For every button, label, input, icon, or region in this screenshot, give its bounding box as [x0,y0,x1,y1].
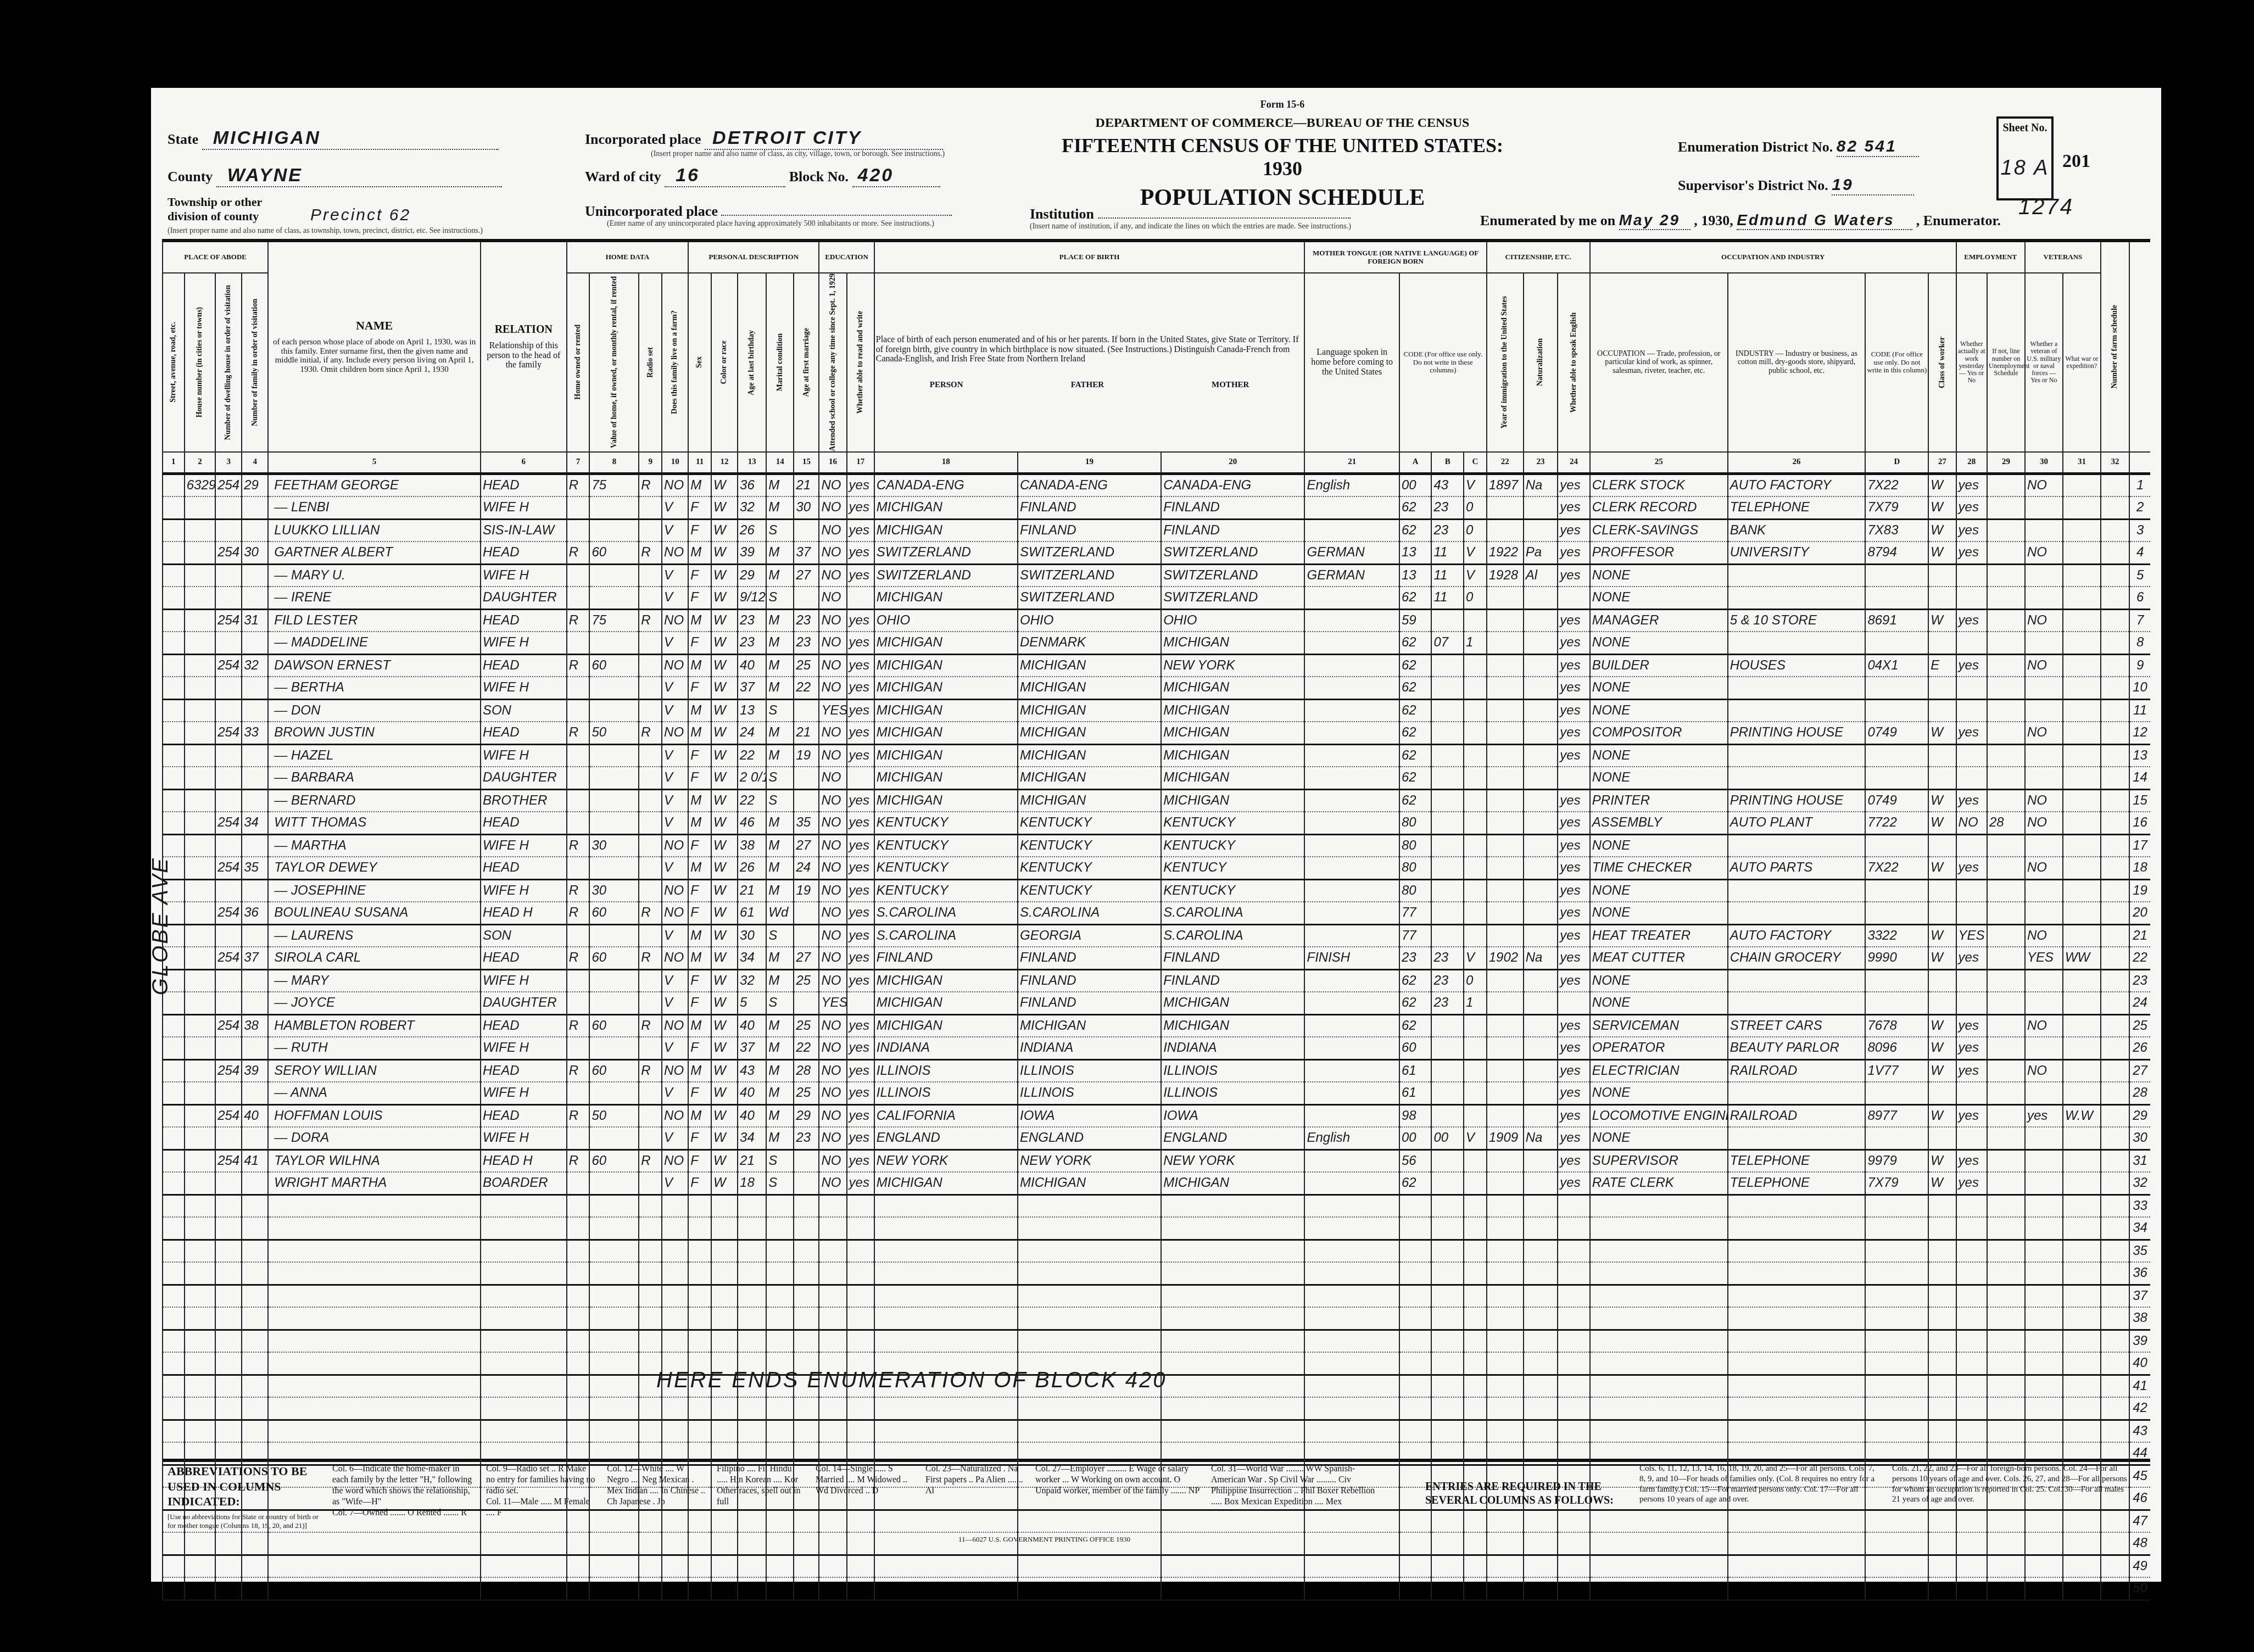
empty-cell [1558,1352,1590,1375]
cell-school: NO [819,834,846,857]
cell-veteran: NO [2025,722,2063,744]
empty-cell [567,1375,590,1397]
cell-farm: V [662,969,688,992]
cell-name: TAYLOR DEWEY [268,857,481,879]
cell-industry [1728,587,1866,609]
empty-cell [1464,1285,1487,1307]
empty-cell [1865,1577,1928,1600]
cell-owned [567,699,590,722]
empty-cell [1558,1240,1590,1262]
empty-cell [847,1397,874,1420]
empty-cell [567,1262,590,1285]
cell-birth-mother: MICHIGAN [1161,744,1304,767]
empty-cell [1431,1195,1464,1217]
cell-family: 35 [242,857,268,879]
cell-codeB [1431,1059,1464,1082]
empty-cell [1464,1442,1487,1465]
cell-owned [567,924,590,947]
empty-cell [688,1307,711,1330]
cell-tongue [1304,834,1399,857]
cell-house [185,654,215,677]
line-number: 34 [2129,1217,2150,1240]
cell-farm: V [662,992,688,1014]
column-number: 15 [794,452,819,474]
cell-school: NO [819,812,846,834]
cell-read: yes [847,1059,874,1082]
column-number: 24 [1558,452,1590,474]
empty-cell [794,1217,819,1240]
cell-age: 2 0/12 [738,767,766,789]
cell-house [185,1127,215,1149]
cell-farmsched [2101,587,2129,609]
empty-cell [1728,1217,1866,1240]
cell-race: W [711,902,738,924]
cell-class [1928,699,1956,722]
cell-race: W [711,609,738,632]
cell-sex: M [688,542,711,564]
cell-tongue [1304,902,1399,924]
empty-cell [215,1375,242,1397]
cell-codeA: 80 [1399,857,1432,879]
cell-street [163,496,185,519]
empty-cell [1987,1555,2025,1577]
table-row: 25440HOFFMAN LOUISHEADR50NOMW40M29NOyesC… [163,1104,2150,1127]
cell-school: NO [819,496,846,519]
empty-cell [1524,1352,1558,1375]
empty-cell [1590,1375,1728,1397]
cell-war [2063,722,2101,744]
cell-owned: R [567,947,590,969]
cell-codeC [1464,789,1487,812]
cell-house [185,496,215,519]
cell-read: yes [847,812,874,834]
empty-cell [2025,1442,2063,1465]
cell-class: W [1928,924,1956,947]
table-row: 25441TAYLOR WILHNAHEAD HR60RNOFW21SNOyes… [163,1149,2150,1172]
cell-codeA: 00 [1399,1127,1432,1149]
empty-cell [1558,1375,1590,1397]
cell-relation: HEAD [481,722,567,744]
cell-farmsched [2101,744,2129,767]
enumerated-date: May 29 [1619,211,1690,230]
cell-english: yes [1558,834,1590,857]
header-farm-schedule: Number of farm schedule [2101,242,2129,452]
empty-cell [1161,1442,1304,1465]
cell-owned [567,1172,590,1195]
empty-cell [215,1285,242,1307]
cell-war [2063,834,2101,857]
empty-cell [2063,1240,2101,1262]
cell-farm: V [662,587,688,609]
empty-cell [1464,1352,1487,1375]
cell-family [242,767,268,789]
cell-birth-person: SWITZERLAND [874,542,1018,564]
cell-radio: R [639,609,662,632]
cell-value [589,632,639,654]
cell-school: NO [819,542,846,564]
empty-cell [1524,1420,1558,1442]
cell-read: yes [847,699,874,722]
cell-immig: 1922 [1487,542,1524,564]
cell-birth-person: MICHIGAN [874,699,1018,722]
cell-read: yes [847,1082,874,1104]
empty-cell [847,1442,874,1465]
cell-farmsched [2101,519,2129,542]
empty-cell [662,1262,688,1285]
empty-cell [1487,1262,1524,1285]
cell-radio [639,1127,662,1149]
cell-relation: WIFE H [481,1127,567,1149]
header-house-number: House number (in cities or towns) [185,273,215,452]
cell-farmsched [2101,677,2129,699]
cell-birth-mother: MICHIGAN [1161,1172,1304,1195]
empty-cell [2101,1307,2129,1330]
cell-veteran [2025,744,2063,767]
empty-cell [1399,1577,1432,1600]
cell-marital: M [766,1037,794,1059]
cell-birth-mother: S.CAROLINA [1161,902,1304,924]
empty-cell [589,1555,639,1577]
blank-row: 38 [163,1307,2150,1330]
empty-cell [1728,1262,1866,1285]
cell-codeA: 60 [1399,1037,1432,1059]
cell-veteran [2025,879,2063,902]
cell-birth-father: SWITZERLAND [1018,542,1161,564]
cell-birth-father: MICHIGAN [1018,654,1161,677]
empty-cell [185,1352,215,1375]
empty-cell [639,1420,662,1442]
cell-sex: M [688,609,711,632]
empty-cell [766,1397,794,1420]
empty-cell [163,1577,185,1600]
cell-read [847,992,874,1014]
form-number: Form 15-6 [1041,99,1524,110]
empty-cell [163,1442,185,1465]
cell-occupation: CLERK-SAVINGS [1590,519,1728,542]
cell-codeC [1464,699,1487,722]
cell-owned: R [567,834,590,857]
cell-street [163,632,185,654]
census-sheet: State MICHIGAN County WAYNE Township or … [151,88,2161,1582]
cell-race: W [711,632,738,654]
cell-dwelling [215,1082,242,1104]
table-row: 25432DAWSON ERNESTHEADR60NOMW40M25NOyesM… [163,654,2150,677]
empty-cell [1399,1217,1432,1240]
cell-codeB [1431,609,1464,632]
empty-cell [1524,1375,1558,1397]
empty-cell [589,1420,639,1442]
cell-veteran [2025,1127,2063,1149]
cell-sex: F [688,992,711,1014]
cell-value [589,767,639,789]
line-number: 14 [2129,767,2150,789]
cell-farmsched [2101,609,2129,632]
cell-codeB [1431,857,1464,879]
cell-industry [1728,699,1866,722]
cell-owned: R [567,1059,590,1082]
cell-unemp [1987,924,2025,947]
empty-cell [662,1577,688,1600]
cell-owned: R [567,902,590,924]
institution-note: (Insert name of institution, if any, and… [1030,222,1351,231]
cell-industry: TELEPHONE [1728,1149,1866,1172]
cell-unemp [1987,1014,2025,1037]
empty-cell [688,1577,711,1600]
line-number: 19 [2129,879,2150,902]
empty-cell [1865,1420,1928,1442]
empty-cell [662,1217,688,1240]
cell-immig [1487,1172,1524,1195]
enum-district-value: 82 541 [1837,137,1919,157]
empty-cell [1018,1217,1161,1240]
empty-cell [1590,1397,1728,1420]
cell-owned [567,767,590,789]
cell-marital: S [766,789,794,812]
cell-family: 38 [242,1014,268,1037]
cell-radio [639,834,662,857]
empty-cell [1590,1307,1728,1330]
cell-read: yes [847,834,874,857]
empty-cell [819,1555,846,1577]
cell-age-marr: 23 [794,632,819,654]
cell-birth-person: MICHIGAN [874,969,1018,992]
cell-value [589,789,639,812]
column-number: 17 [847,452,874,474]
cell-street [163,519,185,542]
empty-cell [268,1330,481,1352]
cell-codeD: 9990 [1865,947,1928,969]
cell-marital: M [766,542,794,564]
empty-cell [639,1442,662,1465]
empty-cell [1524,1285,1558,1307]
cell-age-marr: 27 [794,947,819,969]
cell-immig [1487,496,1524,519]
empty-cell [242,1442,268,1465]
empty-cell [1487,1285,1524,1307]
cell-house [185,992,215,1014]
cell-sex: F [688,677,711,699]
cell-atwork [1956,587,1987,609]
cell-school: NO [819,1037,846,1059]
empty-cell [215,1555,242,1577]
empty-cell [847,1262,874,1285]
cell-class: W [1928,519,1956,542]
empty-cell [481,1555,567,1577]
cell-family [242,1037,268,1059]
cell-codeC [1464,834,1487,857]
empty-cell [1524,1577,1558,1600]
empty-cell [639,1577,662,1600]
cell-war [2063,519,2101,542]
cell-value: 75 [589,609,639,632]
empty-cell [242,1240,268,1262]
cell-race: W [711,1127,738,1149]
column-number: 25 [1590,452,1728,474]
cell-veteran [2025,677,2063,699]
cell-codeC [1464,1172,1487,1195]
cell-codeA: 62 [1399,1014,1432,1037]
empty-cell [766,1555,794,1577]
empty-cell [1987,1262,2025,1285]
cell-codeC [1464,1014,1487,1037]
empty-cell [1956,1352,1987,1375]
cell-industry: STREET CARS [1728,1014,1866,1037]
cell-farmsched [2101,924,2129,947]
cell-house [185,1037,215,1059]
cell-radio: R [639,542,662,564]
cell-unemp [1987,496,2025,519]
cell-unemp [1987,699,2025,722]
cell-occupation: NONE [1590,1082,1728,1104]
empty-cell [766,1217,794,1240]
cell-unemp [1987,1172,2025,1195]
cell-dwelling: 254 [215,473,242,496]
cell-race: W [711,496,738,519]
cell-natur [1524,992,1558,1014]
cell-tongue [1304,722,1399,744]
cell-radio: R [639,722,662,744]
empty-cell [1431,1442,1464,1465]
page-number: 1274 [2018,195,2074,220]
cell-industry: UNIVERSITY [1728,542,1866,564]
column-number-blank [2129,452,2150,474]
cell-radio [639,564,662,587]
cell-occupation: ELECTRICIAN [1590,1059,1728,1082]
cell-birth-father: MICHIGAN [1018,1172,1161,1195]
cell-industry: AUTO PLANT [1728,812,1866,834]
empty-cell [1161,1285,1304,1307]
column-number: 18 [874,452,1018,474]
empty-cell [2025,1352,2063,1375]
cell-radio: R [639,1059,662,1082]
cell-farm: V [662,677,688,699]
cell-veteran [2025,1149,2063,1172]
cell-relation: WIFE H [481,677,567,699]
cell-value: 60 [589,542,639,564]
cell-value [589,1127,639,1149]
cell-age: 9/12 [738,587,766,609]
enumerator-label: , Enumerator. [1916,213,2001,228]
empty-cell [819,1240,846,1262]
blank-row: 33 [163,1195,2150,1217]
empty-cell [819,1577,846,1600]
empty-cell [1558,1442,1590,1465]
column-number: 26 [1728,452,1866,474]
cell-farmsched [2101,834,2129,857]
cell-immig [1487,767,1524,789]
empty-cell [2101,1442,2129,1465]
cell-class: W [1928,1059,1956,1082]
header-code-abc: CODE (For office use only. Do not write … [1399,273,1487,452]
blank-row: 39 [163,1330,2150,1352]
table-row: — JOYCEDAUGHTERVFW5SYESMICHIGANFINLANDMI… [163,992,2150,1014]
line-number: 11 [2129,699,2150,722]
empty-cell [2025,1397,2063,1420]
cell-family [242,744,268,767]
cell-natur [1524,902,1558,924]
line-number: 40 [2129,1352,2150,1375]
cell-age-marr: 19 [794,744,819,767]
empty-cell [1865,1285,1928,1307]
cell-age: 22 [738,744,766,767]
empty-cell [766,1195,794,1217]
cell-industry: TELEPHONE [1728,1172,1866,1195]
header-street: Street, avenue, road, etc. [163,273,185,452]
empty-cell [1928,1285,1956,1307]
cell-english: yes [1558,1037,1590,1059]
cell-atwork [1956,1082,1987,1104]
cell-house [185,857,215,879]
cell-house [185,902,215,924]
cell-age-marr: 24 [794,857,819,879]
cell-industry [1728,1082,1866,1104]
cell-value: 50 [589,722,639,744]
cell-tongue [1304,654,1399,677]
cell-name: FILD LESTER [268,609,481,632]
cell-street [163,744,185,767]
table-row: 25436BOULINEAU SUSANAHEAD HR60RNOFW61WdN… [163,902,2150,924]
cell-value [589,969,639,992]
cell-english: yes [1558,632,1590,654]
line-number: 5 [2129,564,2150,587]
cell-industry: PRINTING HOUSE [1728,722,1866,744]
empty-cell [1524,1195,1558,1217]
cell-farmsched [2101,1082,2129,1104]
cell-house: 6329 [185,473,215,496]
abbrev-col31: Col. 31—World War ........ WW Spanish-Am… [1211,1464,1376,1508]
cell-dwelling [215,992,242,1014]
cell-veteran [2025,1037,2063,1059]
cell-war: WW [2063,947,2101,969]
cell-english: yes [1558,654,1590,677]
cell-immig [1487,699,1524,722]
empty-cell [711,1330,738,1352]
cell-birth-mother: FINLAND [1161,969,1304,992]
empty-cell [1590,1217,1728,1240]
cell-birth-person: MICHIGAN [874,519,1018,542]
cell-name: — RUTH [268,1037,481,1059]
cell-atwork [1956,767,1987,789]
cell-veteran [2025,1172,2063,1195]
column-number: 27 [1928,452,1956,474]
empty-cell [1558,1217,1590,1240]
cell-immig [1487,1082,1524,1104]
cell-owned: R [567,609,590,632]
empty-cell [2025,1240,2063,1262]
cell-marital: M [766,609,794,632]
cell-occupation: NONE [1590,902,1728,924]
cell-owned [567,992,590,1014]
empty-cell [163,1262,185,1285]
cell-birth-person: KENTUCKY [874,857,1018,879]
empty-cell [1431,1555,1464,1577]
cell-read: yes [847,947,874,969]
cell-war [2063,1127,2101,1149]
header-line-number [2129,242,2150,452]
empty-cell [1431,1577,1464,1600]
empty-cell [1928,1217,1956,1240]
cell-name: DAWSON ERNEST [268,654,481,677]
empty-cell [163,1307,185,1330]
cell-name: — BARBARA [268,767,481,789]
cell-marital: M [766,496,794,519]
empty-cell [1928,1442,1956,1465]
cell-immig [1487,722,1524,744]
cell-birth-mother: MICHIGAN [1161,699,1304,722]
empty-cell [688,1285,711,1307]
empty-cell [185,1195,215,1217]
cell-codeD [1865,677,1928,699]
